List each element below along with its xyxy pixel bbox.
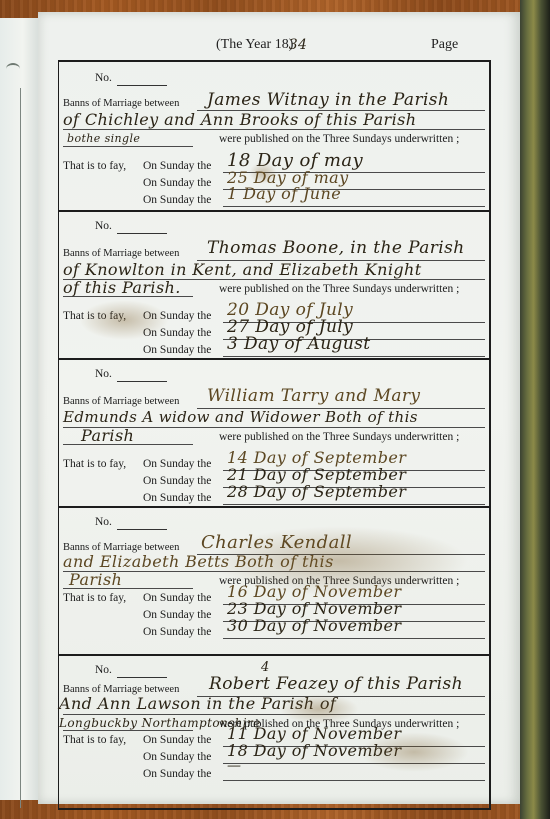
banns-entry-5: No. 4 Banns of Marriage between Robert F… [59,654,489,808]
page-label: Page [431,37,458,53]
that-is-to-say-label: That is to fay, [63,734,126,746]
that-is-to-say-label: That is to fay, [63,160,126,172]
sunday-2-label: On Sunday the [143,751,211,763]
names-line-2: of Chichley and Ann Brooks of this Paris… [63,110,416,129]
names-line-1: Charles Kendall [201,532,352,553]
were-published-label: were published on the Three Sundays unde… [219,133,459,145]
names-line-1: Robert Feazey of this Parish [209,674,463,694]
names-line-2: of Knowlton in Kent, and Elizabeth Knigh… [63,260,422,279]
entry-number-line [117,381,167,382]
names-line-2: and Elizabeth Betts Both of this [63,552,334,571]
entry-number-mark: 4 [261,660,269,675]
sunday-1-label: On Sunday the [143,592,211,604]
banns-entry-3: No. Banns of Marriage between William Ta… [59,358,489,508]
sunday-2-label: On Sunday the [143,609,211,621]
entry-number-label: No. [95,72,112,84]
sunday-3-label: On Sunday the [143,768,211,780]
banns-entry-1: No. Banns of Marriage between James Witn… [59,62,489,212]
left-page-border [20,88,21,808]
banns-entry-2: No. Banns of Marriage between Thomas Boo… [59,210,489,360]
page-header: (The Year 1834) Page [38,37,520,57]
entry-number-label: No. [95,516,112,528]
were-published-label: were published on the Three Sundays unde… [219,283,459,295]
names-line-3: bothe single [67,132,140,145]
register-page: (The Year 1834) Page No. Banns of Marria… [38,12,520,804]
sunday-3-date: 3 Day of August [227,334,371,354]
that-is-to-say-label: That is to fay, [63,592,126,604]
were-published-label: were published on the Three Sundays unde… [219,431,459,443]
entry-number-label: No. [95,368,112,380]
sunday-1-label: On Sunday the [143,734,211,746]
names-line-1: Thomas Boone, in the Parish [207,238,465,258]
sunday-3-label: On Sunday the [143,194,211,206]
banns-between-label: Banns of Marriage between [63,98,179,109]
sunday-1-label: On Sunday the [143,310,211,322]
sunday-3-date: 28 Day of September [227,482,406,501]
entry-number-line [117,85,167,86]
names-line-3: of this Parish. [63,278,181,297]
entry-number-line [117,677,167,678]
sunday-3-date: 30 Day of November [227,616,401,635]
banns-register: No. Banns of Marriage between James Witn… [58,60,491,810]
sunday-2-date: 18 Day of November [227,741,401,760]
left-page-edge [0,18,39,800]
book-spine [520,0,550,819]
year-heading: (The Year 1834) [216,37,293,53]
names-line-2: And Ann Lawson in the Parish of [59,694,336,713]
sunday-3-label: On Sunday the [143,344,211,356]
sunday-1-label: On Sunday the [143,160,211,172]
entry-number-line [117,529,167,530]
names-line-2: Edmunds A widow and Widower Both of this [63,408,418,426]
entry-number-line [117,233,167,234]
entry-number-label: No. [95,664,112,676]
banns-between-label: Banns of Marriage between [63,396,179,407]
names-line-1: James Witnay in the Parish [207,90,449,110]
sunday-3-date: — [227,758,241,774]
sunday-1-label: On Sunday the [143,458,211,470]
sunday-2-label: On Sunday the [143,177,211,189]
names-line-3: Parish [69,570,122,589]
sunday-3-label: On Sunday the [143,492,211,504]
year-handwritten: 34 [289,37,308,53]
banns-entry-4: No. Banns of Marriage between Charles Ke… [59,506,489,656]
sunday-3-label: On Sunday the [143,626,211,638]
that-is-to-say-label: That is to fay, [63,458,126,470]
sunday-2-label: On Sunday the [143,475,211,487]
entry-number-label: No. [95,220,112,232]
names-line-3: Parish [81,426,134,445]
names-line-1: William Tarry and Mary [207,386,420,406]
sunday-3-date: 1 Day of June [227,184,341,203]
that-is-to-say-label: That is to fay, [63,310,126,322]
page-fold [6,63,20,75]
banns-between-label: Banns of Marriage between [63,248,179,259]
sunday-2-label: On Sunday the [143,327,211,339]
